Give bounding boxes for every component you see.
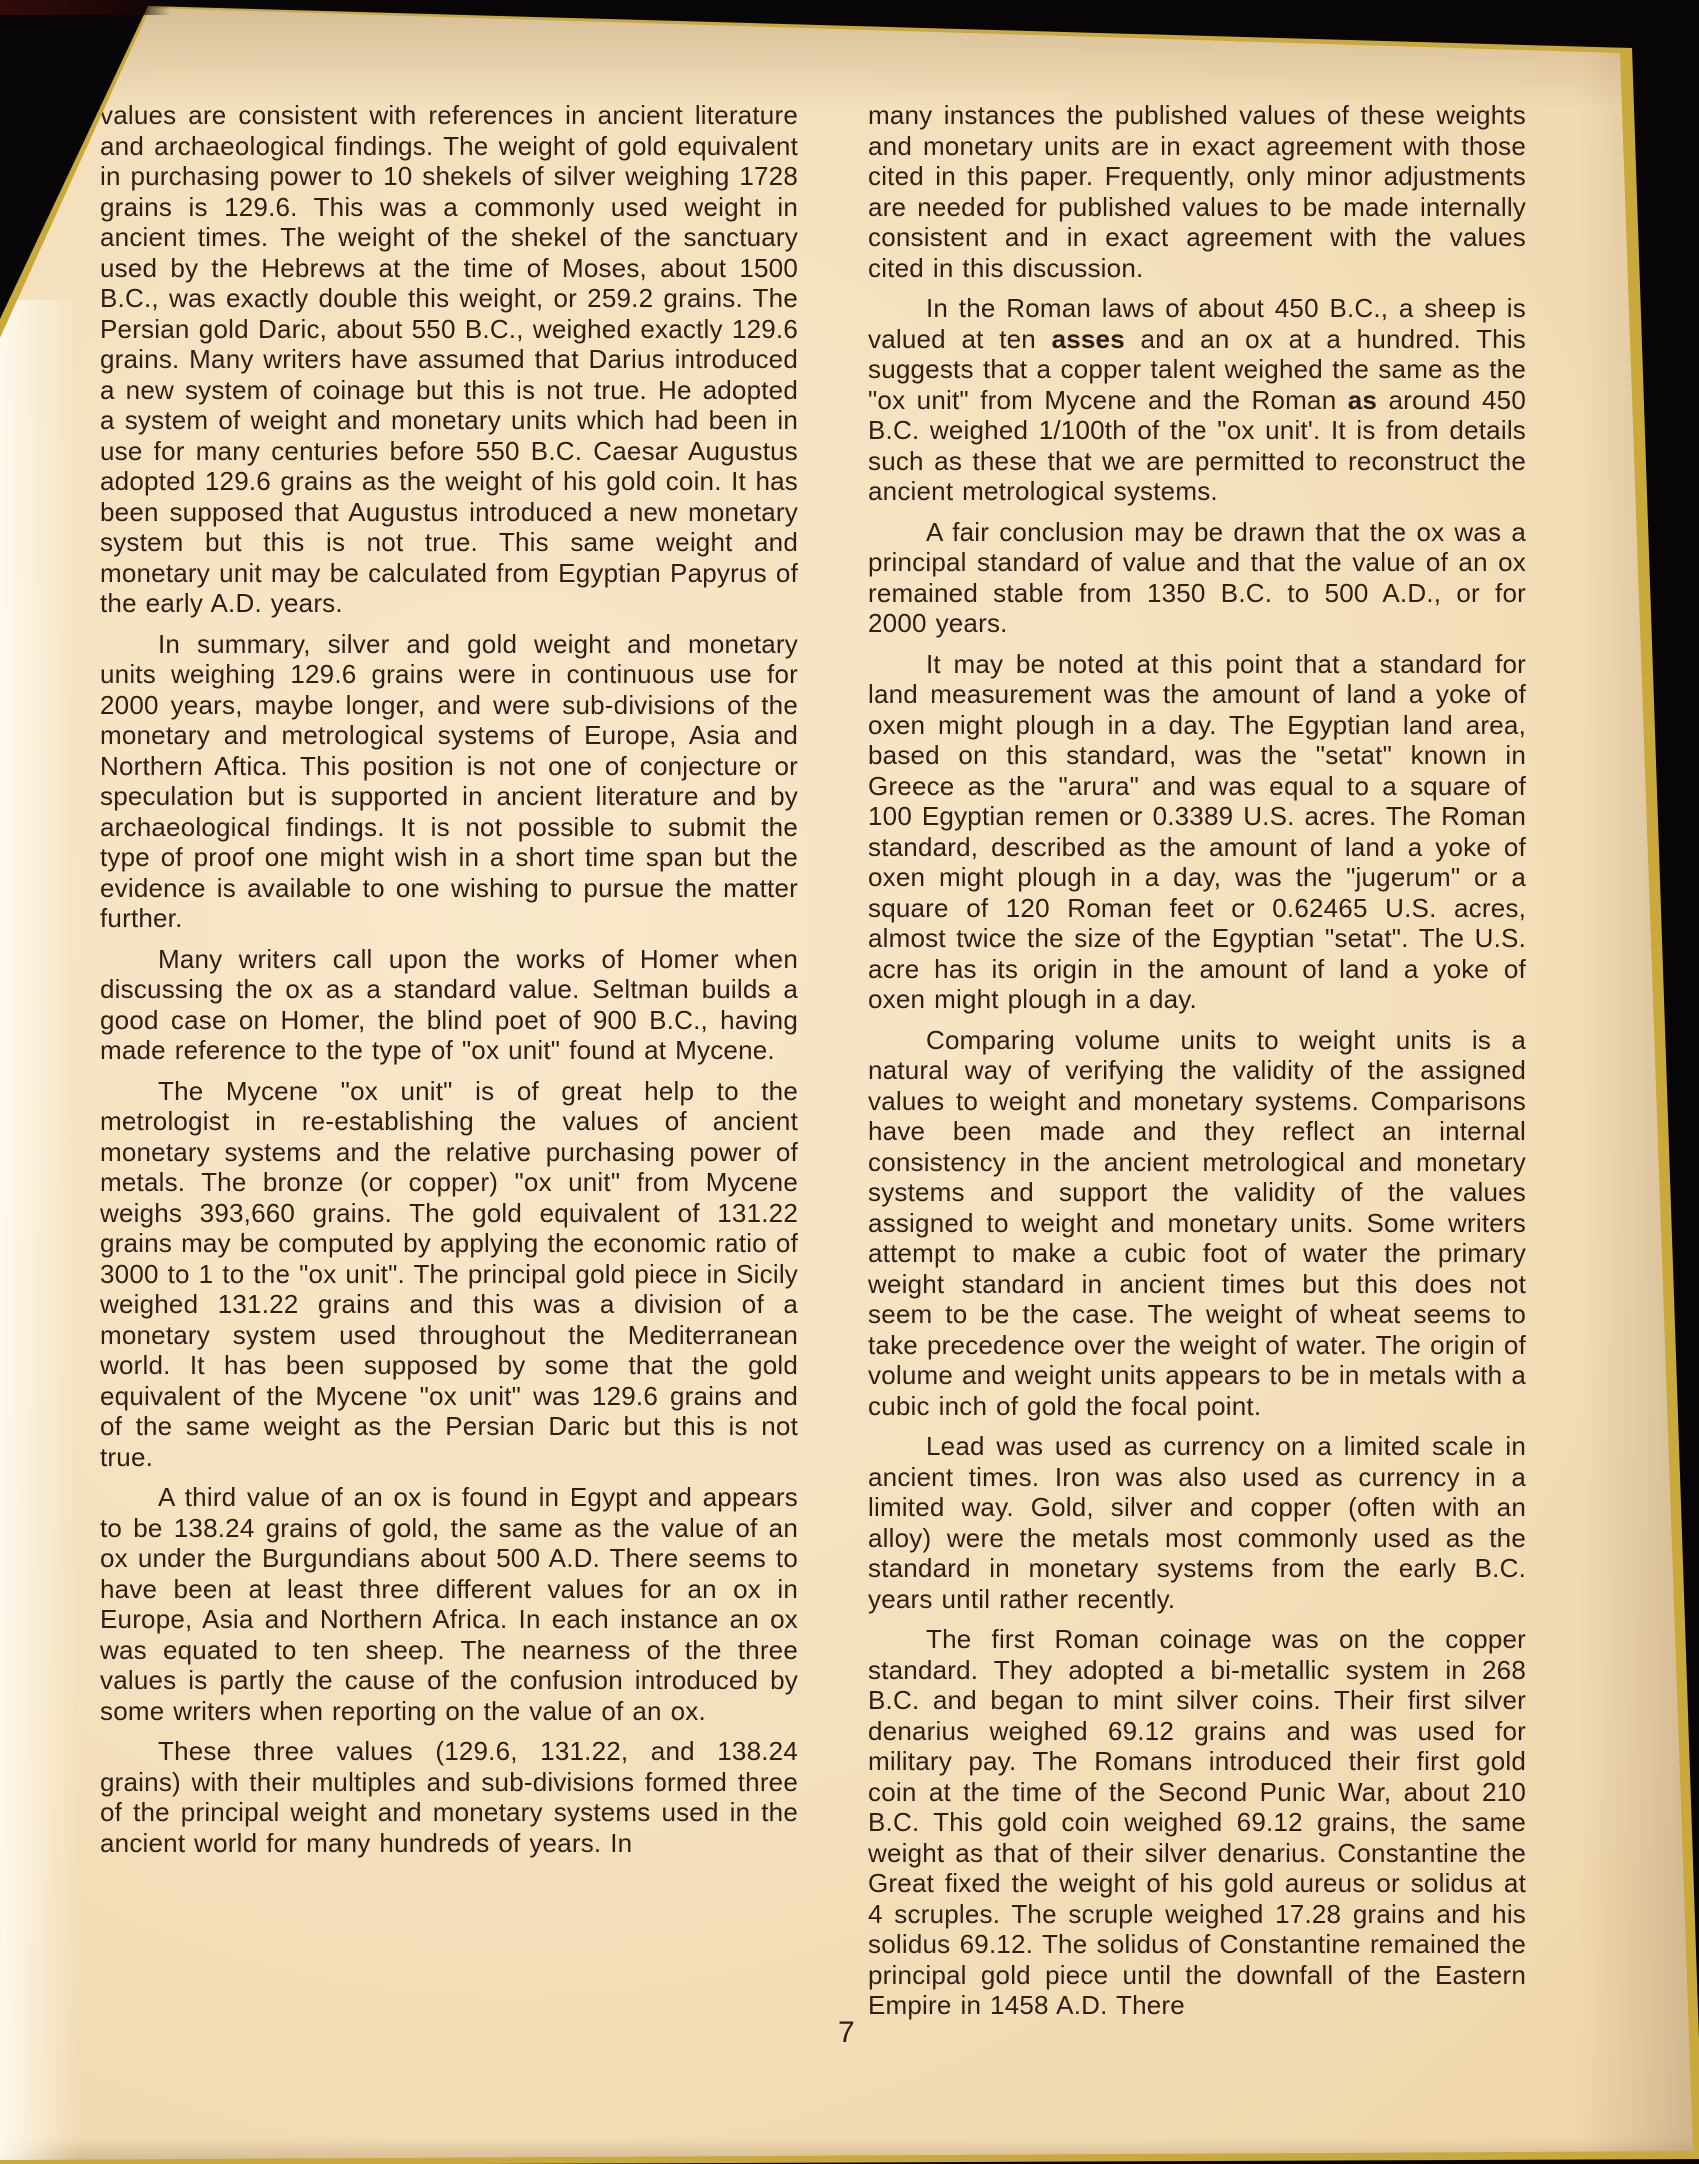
bold-term: asses — [1052, 324, 1125, 354]
page-left-edge-highlight — [0, 300, 78, 2164]
book-page: values are consistent with references in… — [0, 0, 1699, 2164]
scan-edge-tint — [0, 0, 170, 15]
paragraph: In the Roman laws of about 450 B.C., a s… — [868, 293, 1526, 507]
text-run: Comparing volume units to weight units i… — [868, 1025, 1526, 1421]
text-run: many instances the published values of t… — [868, 100, 1526, 283]
paragraph: Many writers call upon the works of Home… — [100, 944, 798, 1066]
page-number: 7 — [838, 2016, 855, 2050]
paragraph: These three values (129.6, 131.22, and 1… — [100, 1736, 798, 1858]
right-column: many instances the published values of t… — [868, 100, 1526, 2031]
paragraph: Comparing volume units to weight units i… — [868, 1025, 1526, 1422]
paragraph: The first Roman coinage was on the coppe… — [868, 1624, 1526, 2021]
text-run: These three values (129.6, 131.22, and 1… — [100, 1736, 798, 1858]
paragraph: In summary, silver and gold weight and m… — [100, 629, 798, 934]
text-run: It may be noted at this point that a sta… — [868, 649, 1526, 1015]
paragraph: The Mycene "ox unit" is of great help to… — [100, 1076, 798, 1473]
text-run: The first Roman coinage was on the coppe… — [868, 1624, 1526, 2020]
paragraph: values are consistent with references in… — [100, 100, 798, 619]
paragraph: Lead was used as currency on a limited s… — [868, 1431, 1526, 1614]
text-run: values are consistent with references in… — [100, 100, 798, 618]
scanned-page-photo: values are consistent with references in… — [0, 0, 1699, 2164]
bold-term: as — [1348, 385, 1377, 415]
page-top-shadow — [0, 0, 1699, 110]
text-run: Many writers call upon the works of Home… — [100, 944, 798, 1066]
paragraph: A third value of an ox is found in Egypt… — [100, 1482, 798, 1726]
text-run: Lead was used as currency on a limited s… — [868, 1431, 1526, 1614]
text-run: The Mycene "ox unit" is of great help to… — [100, 1076, 798, 1472]
text-run: A fair conclusion may be drawn that the … — [868, 517, 1526, 639]
paragraph: A fair conclusion may be drawn that the … — [868, 517, 1526, 639]
left-column: values are consistent with references in… — [100, 100, 798, 1868]
paragraph: many instances the published values of t… — [868, 100, 1526, 283]
text-run: In summary, silver and gold weight and m… — [100, 629, 798, 934]
paragraph: It may be noted at this point that a sta… — [868, 649, 1526, 1015]
text-run: A third value of an ox is found in Egypt… — [100, 1482, 798, 1726]
